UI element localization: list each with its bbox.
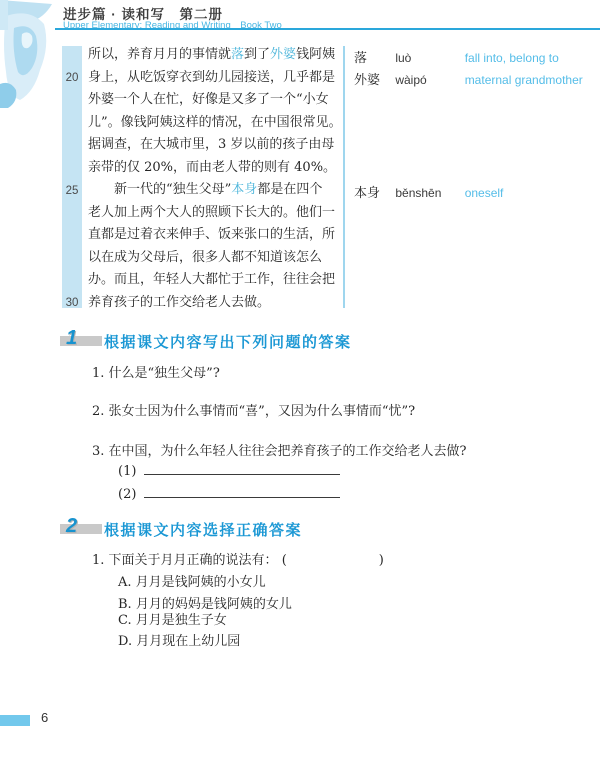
question: 2. 张女士因为什么事情而“喜”，又因为什么事情而“忧”?	[92, 400, 415, 419]
choice-option: A. 月月是钱阿姨的小女儿	[118, 571, 266, 590]
vocab-meaning: oneself	[465, 186, 504, 200]
highlighted-word: 落	[231, 47, 244, 62]
passage-segment: 老人加上两个大人的照顾下长大的。他们一	[88, 205, 335, 220]
answer-blank: (1)	[118, 461, 340, 479]
question: 3. 在中国，为什么年轻人往往会把养育孩子的工作交给老人去做?	[92, 440, 467, 459]
blank-label: (2)	[118, 487, 136, 502]
line-number: 25	[62, 185, 82, 197]
line-number-gutter: 20 25 30	[62, 46, 82, 308]
passage-segment: 身上，从吃饭穿衣到幼儿园接送，几乎都是	[88, 70, 335, 85]
passage-line: 外婆一个人在忙，好像是又多了一个“小女	[88, 89, 340, 112]
logo-art-icon	[0, 0, 52, 112]
passage-line: 新一代的“独生父母”本身都是在四个	[88, 179, 340, 202]
blank-label: (1)	[118, 464, 136, 479]
passage-segment: 所以，养育月月的事情就	[88, 47, 231, 62]
passage-segment: 新一代的“独生父母”	[114, 182, 231, 197]
passage-text: 所以，养育月月的事情就落到了外婆钱阿姨身上，从吃饭穿衣到幼儿园接送，几乎都是外婆…	[88, 44, 340, 314]
vocab-divider	[343, 46, 345, 308]
passage-line: 亲带的仅 20%，而由老人带的则有 40%。	[88, 157, 340, 180]
reading-passage: 20 25 30 所以，养育月月的事情就落到了外婆钱阿姨身上，从吃饭穿衣到幼儿园…	[62, 44, 600, 312]
passage-segment: 外婆一个人在忙，好像是又多了一个“小女	[88, 92, 329, 107]
passage-line: 所以，养育月月的事情就落到了外婆钱阿姨	[88, 44, 340, 67]
question-text: 1. 下面关于月月正确的说法有：	[92, 553, 278, 568]
choice-option: D. 月月现在上幼儿园	[118, 630, 240, 649]
vocab-item: 落 luò fall into, belong to	[354, 47, 559, 66]
passage-segment: 以在成为父母后，很多人都不知道该怎么	[88, 250, 322, 265]
passage-line: 以在成为父母后，很多人都不知道该怎么	[88, 247, 340, 270]
passage-line: 儿”。像钱阿姨这样的情况，在中国很常见。	[88, 112, 340, 135]
question: 1. 什么是“独生父母”?	[92, 362, 220, 381]
vocab-word: 落	[354, 47, 386, 66]
vocab-meaning: maternal grandmother	[465, 73, 583, 87]
passage-line: 办。而且，年轻人大都忙于工作，往往会把	[88, 269, 340, 292]
passage-segment: 儿”。像钱阿姨这样的情况，在中国很常见。	[88, 115, 342, 130]
passage-line: 养育孩子的工作交给老人去做。	[88, 292, 340, 315]
section-title: 根据课文内容选择正确答案	[104, 519, 302, 540]
question: 1. 下面关于月月正确的说法有： ()	[92, 549, 384, 568]
book-logo-artwork	[0, 0, 52, 112]
vocab-pinyin: luò	[395, 51, 453, 65]
answer-blank: (2)	[118, 484, 340, 502]
blank-line	[144, 484, 340, 498]
passage-segment: 养育孩子的工作交给老人去做。	[88, 295, 270, 310]
vocab-word: 本身	[354, 182, 386, 201]
vocab-pinyin: wàipó	[395, 73, 453, 87]
passage-line: 直都是过着衣来伸手、饭来张口的生活，所	[88, 224, 340, 247]
section-title: 根据课文内容写出下列问题的答案	[104, 331, 352, 352]
page-number: 6	[41, 710, 48, 725]
highlighted-word: 本身	[231, 182, 257, 197]
passage-segment: 亲带的仅 20%，而由老人带的则有 40%。	[88, 160, 336, 175]
vocab-meaning: fall into, belong to	[465, 51, 559, 65]
answer-bracket-close: )	[379, 553, 384, 568]
line-number: 30	[62, 297, 82, 309]
book-page: 进步篇 · 读和写 第二册 Upper Elementary: Reading …	[0, 0, 600, 776]
passage-line: 据调查，在大城市里，3 岁以前的孩子由母	[88, 134, 340, 157]
passage-segment: 办。而且，年轻人大都忙于工作，往往会把	[88, 272, 335, 287]
passage-segment: 都是在四个	[257, 182, 322, 197]
passage-segment: 钱阿姨	[296, 47, 335, 62]
passage-segment: 到了	[244, 47, 270, 62]
section-number: 1	[66, 327, 77, 350]
page-number-bar	[0, 715, 30, 726]
vocab-item: 外婆 wàipó maternal grandmother	[354, 69, 583, 88]
vocab-pinyin: běnshēn	[395, 186, 453, 200]
section-number: 2	[66, 515, 77, 538]
line-number: 20	[62, 72, 82, 84]
passage-line: 身上，从吃饭穿衣到幼儿园接送，几乎都是	[88, 67, 340, 90]
header-rule	[55, 28, 600, 30]
vocab-word: 外婆	[354, 69, 386, 88]
vocab-item: 本身 běnshēn oneself	[354, 182, 503, 201]
highlighted-word: 外婆	[270, 47, 296, 62]
choice-option: C. 月月是独生子女	[118, 609, 227, 628]
passage-segment: 直都是过着衣来伸手、饭来张口的生活，所	[88, 227, 335, 242]
passage-segment: 据调查，在大城市里，3 岁以前的孩子由母	[88, 137, 334, 152]
blank-line	[144, 461, 340, 475]
answer-bracket-open: (	[282, 553, 287, 568]
passage-line: 老人加上两个大人的照顾下长大的。他们一	[88, 202, 340, 225]
